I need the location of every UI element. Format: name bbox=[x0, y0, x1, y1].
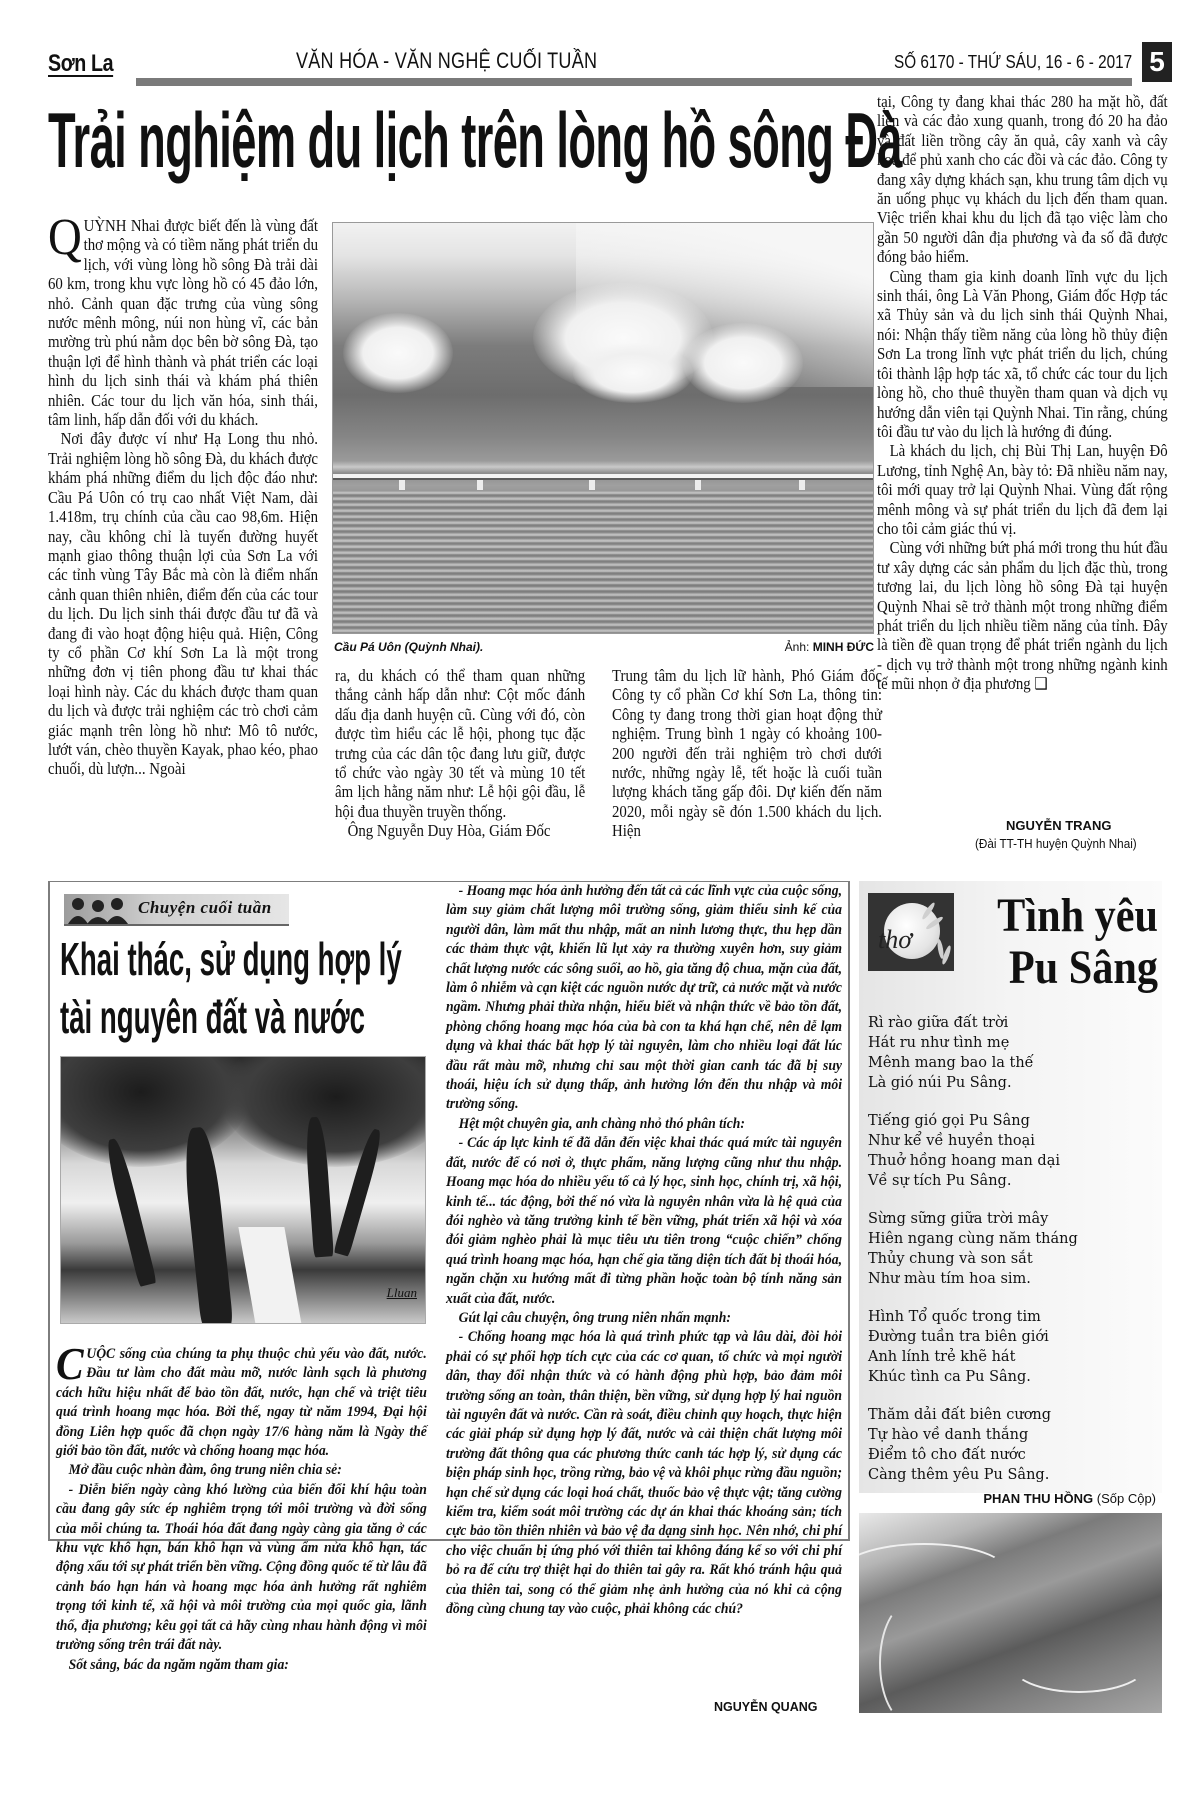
box-paragraph: - Diễn biến ngày càng khó lường của biến… bbox=[56, 1480, 427, 1655]
photo-caption: Cầu Pá Uôn (Quỳnh Nhai). Ảnh: MINH ĐỨC bbox=[334, 640, 874, 654]
section-name: Sơn La bbox=[48, 50, 113, 78]
box-headline: Khai thác, sử dụng hợp lý tài nguyên đất… bbox=[60, 930, 402, 1046]
poem-stanza: Thăm dải đất biên cươngTự hào về danh th… bbox=[868, 1405, 1158, 1485]
lead-paragraph: ra, du khách có thể tham quan những thắn… bbox=[335, 666, 585, 821]
bridge bbox=[333, 474, 873, 480]
water bbox=[333, 491, 873, 634]
lead-paragraph: Trung tâm du lịch lữ hành, Phó Giám đốc … bbox=[612, 666, 882, 841]
poem-stanza: Sừng sững giữa trời mâyHiên ngang cùng n… bbox=[868, 1209, 1158, 1289]
drop-cap: Q bbox=[48, 218, 82, 258]
kicker-banner: Chuyện cuối tuần bbox=[64, 894, 289, 926]
box-paragraph: CUỘC sống của chúng ta phụ thuộc chủ yếu… bbox=[56, 1344, 427, 1460]
issue-info: SỐ 6170 - THỨ SÁU, 16 - 6 - 2017 bbox=[894, 52, 1132, 73]
page-number: 5 bbox=[1142, 42, 1172, 82]
box-paragraph: - Chống hoang mạc hóa là quá trình phức … bbox=[446, 1327, 842, 1618]
poetry-logo-text: thơ bbox=[878, 925, 912, 955]
box-column-2: - Hoang mạc hóa ảnh hưởng đến tất cả các… bbox=[446, 881, 842, 1618]
box-byline: NGUYỄN QUANG bbox=[714, 1700, 817, 1714]
poem-stanza: Hình Tổ quốc trong timĐường tuần tra biê… bbox=[868, 1307, 1158, 1387]
poem-author: PHAN THU HỒNG (Sốp Cộp) bbox=[983, 1491, 1156, 1506]
box-paragraph: - Các áp lực kinh tế đã dẫn đến việc kha… bbox=[446, 1133, 842, 1308]
lead-column-2: ra, du khách có thể tham quan những thắn… bbox=[335, 666, 585, 841]
lead-byline-org: (Đài TT-TH huyện Quỳnh Nhai) bbox=[975, 836, 1137, 851]
poem-title: Tình yêu Pu Sâng bbox=[991, 890, 1158, 994]
box-paragraph: Mở đầu cuộc nhàn đàm, ông trung niên chi… bbox=[56, 1460, 427, 1479]
poem-stanza: Rì rào giữa đất trờiHát ru như tình mẹMê… bbox=[868, 1013, 1158, 1093]
lead-paragraph: QUỲNH Nhai được biết đến là vùng đất thơ… bbox=[48, 216, 318, 429]
lead-paragraph: Nơi đây được ví như Hạ Long thu nhỏ. Trả… bbox=[48, 429, 318, 778]
kicker-label: Chuyện cuối tuần bbox=[138, 898, 272, 918]
caption-text: Cầu Pá Uôn (Quỳnh Nhai). bbox=[334, 640, 483, 654]
poem-body: Rì rào giữa đất trờiHát ru như tình mẹMê… bbox=[868, 1013, 1158, 1503]
lead-paragraph: tại, Công ty đang khai thác 280 ha mặt h… bbox=[877, 92, 1168, 267]
box-paragraph: Sốt sắng, bác da ngăm ngăm tham gia: bbox=[56, 1655, 427, 1674]
bridge-lake-photo bbox=[332, 222, 874, 634]
painting-signature: Lluan bbox=[387, 1285, 417, 1301]
lead-paragraph: Là khách du lịch, chị Bùi Thị Lan, huyện… bbox=[877, 441, 1168, 538]
lead-byline: NGUYỄN TRANG bbox=[1006, 818, 1111, 833]
lead-column-3: Trung tâm du lịch lữ hành, Phó Giám đốc … bbox=[612, 666, 882, 841]
forest-painting: Lluan bbox=[60, 1056, 426, 1324]
masthead: Sơn La VĂN HÓA - VĂN NGHỆ CUỐI TUẦN SỐ 6… bbox=[48, 40, 1172, 90]
lead-column-4: tại, Công ty đang khai thác 280 ha mặt h… bbox=[877, 92, 1168, 694]
mountain-road-photo bbox=[859, 1513, 1162, 1713]
supplement-title: VĂN HÓA - VĂN NGHỆ CUỐI TUẦN bbox=[296, 48, 597, 74]
box-paragraph: - Hoang mạc hóa ảnh hưởng đến tất cả các… bbox=[446, 881, 842, 1114]
poetry-logo-icon: thơ bbox=[868, 893, 954, 971]
box-column-1: CUỘC sống của chúng ta phụ thuộc chủ yếu… bbox=[56, 1344, 427, 1674]
lead-headline: Trải nghiệm du lịch trên lòng hồ sông Đà bbox=[48, 92, 883, 188]
lead-paragraph: Cùng với những bứt phá mới trong thu hút… bbox=[877, 538, 1168, 693]
drop-cap: C bbox=[56, 1346, 84, 1382]
box-paragraph: Hệt một chuyên gia, anh chàng nhỏ thó ph… bbox=[446, 1114, 842, 1133]
people-icon bbox=[68, 896, 128, 924]
photo-credit: Ảnh: MINH ĐỨC bbox=[785, 640, 874, 654]
poem-stanza: Tiếng gió gọi Pu SângNhư kể về huyền tho… bbox=[868, 1111, 1158, 1191]
header-rule bbox=[136, 78, 1132, 86]
box-paragraph: Gút lại câu chuyện, ông trung niên nhấn … bbox=[446, 1308, 842, 1327]
lead-paragraph: Cùng tham gia kinh doanh lĩnh vực du lịc… bbox=[877, 267, 1168, 442]
lead-paragraph: Ông Nguyễn Duy Hòa, Giám Đốc bbox=[335, 821, 585, 840]
lead-column-1: QUỲNH Nhai được biết đến là vùng đất thơ… bbox=[48, 216, 318, 779]
